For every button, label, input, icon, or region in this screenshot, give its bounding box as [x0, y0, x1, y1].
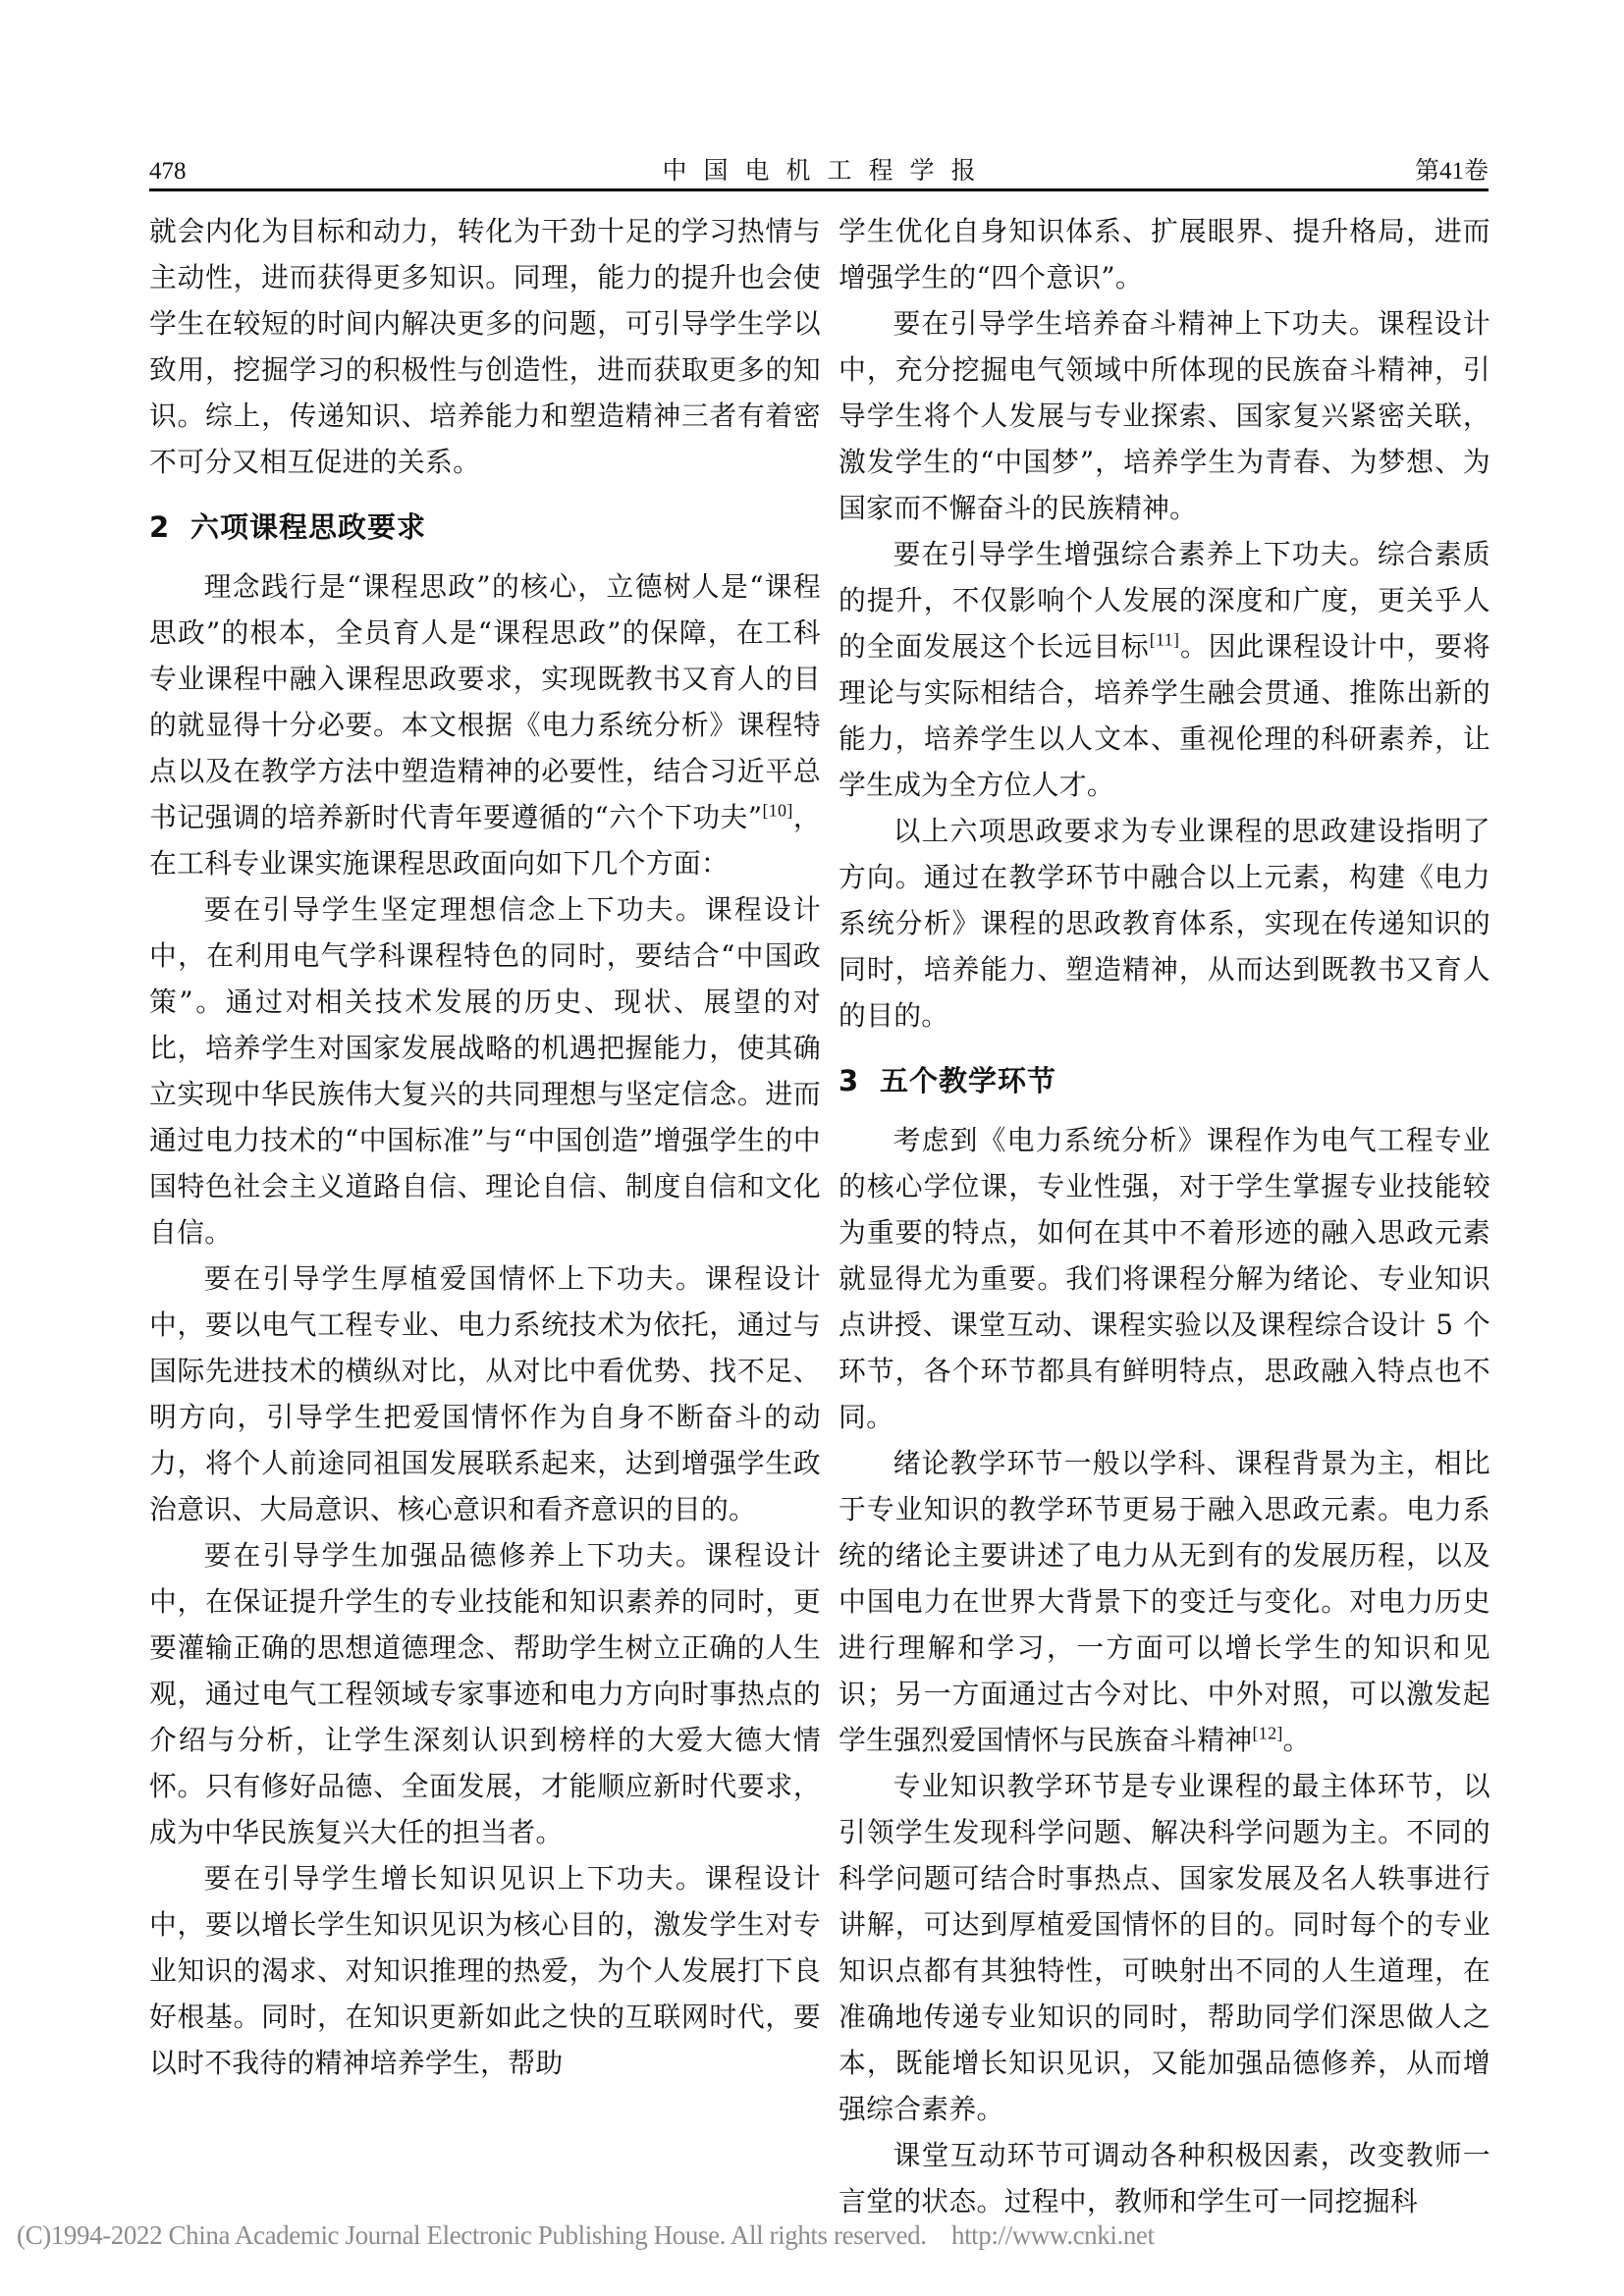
- paragraph: 要在引导学生坚定理想信念上下功夫。课程设计中，在利用电气学科课程特色的同时，要结…: [149, 886, 821, 1255]
- copyright-footer: (C)1994-2022 China Academic Journal Elec…: [17, 2220, 1155, 2251]
- paragraph: 考虑到《电力系统分析》课程作为电气工程专业的核心学位课，专业性强，对于学生掌握专…: [839, 1117, 1490, 1440]
- citation-ref[interactable]: [12]: [1252, 1724, 1282, 1743]
- paragraph-text: 理念践行是“课程思政”的核心，立德树人是“课程思政”的根本，全员育人是“课程思政…: [149, 570, 821, 833]
- section-heading-3: 3五个教学环节: [839, 1056, 1490, 1105]
- paragraph-continued: 就会内化为目标和动力，转化为干劲十足的学习热情与主动性，进而获得更多知识。同理，…: [149, 208, 821, 485]
- paragraph: 绪论教学环节一般以学科、课程背景为主，相比于专业知识的教学环节更易于融入思政元素…: [839, 1440, 1490, 1763]
- paragraph: 专业知识教学环节是专业课程的最主体环节，以引领学生发现科学问题、解决科学问题为主…: [839, 1763, 1490, 2132]
- section-number: 2: [149, 503, 190, 552]
- header-rule: [149, 188, 1489, 191]
- paragraph: 要在引导学生厚植爱国情怀上下功夫。课程设计中，要以电气工程专业、电力系统技术为依…: [149, 1255, 821, 1532]
- section-number: 3: [839, 1056, 880, 1105]
- journal-name: 中国电机工程学报: [149, 157, 1489, 187]
- copyright-text: (C)1994-2022 China Academic Journal Elec…: [17, 2220, 927, 2250]
- citation-ref[interactable]: [11]: [1150, 630, 1180, 650]
- right-column: 学生优化自身知识体系、扩展眼界、提升格局，进而增强学生的“四个意识”。 要在引导…: [839, 208, 1490, 2224]
- left-column: 就会内化为目标和动力，转化为干劲十足的学习热情与主动性，进而获得更多知识。同理，…: [149, 208, 821, 2086]
- paragraph: 要在引导学生增长知识见识上下功夫。课程设计中，要以增长学生知识见识为核心目的，激…: [149, 1855, 821, 2086]
- paragraph: 要在引导学生培养奋斗精神上下功夫。课程设计中，充分挖掘电气领域中所体现的民族奋斗…: [839, 300, 1490, 531]
- citation-ref[interactable]: [10]: [762, 801, 792, 821]
- running-header: 478 中国电机工程学报 第41卷: [149, 157, 1489, 187]
- volume-label: 第41卷: [1415, 157, 1489, 187]
- paragraph: 课堂互动环节可调动各种积极因素，改变教师一言堂的状态。过程中，教师和学生可一同挖…: [839, 2132, 1490, 2224]
- paragraph: 以上六项思政要求为专业课程的思政建设指明了方向。通过在教学环节中融合以上元素，构…: [839, 808, 1490, 1039]
- section-title: 六项课程思政要求: [190, 510, 426, 544]
- paragraph: 理念践行是“课程思政”的核心，立德树人是“课程思政”的根本，全员育人是“课程思政…: [149, 563, 821, 886]
- paragraph-text: 绪论教学环节一般以学科、课程背景为主，相比于专业知识的教学环节更易于融入思政元素…: [839, 1447, 1490, 1756]
- paragraph: 要在引导学生增强综合素养上下功夫。综合素质的提升，不仅影响个人发展的深度和广度，…: [839, 531, 1490, 808]
- section-title: 五个教学环节: [880, 1064, 1056, 1097]
- paragraph-continued: 学生优化自身知识体系、扩展眼界、提升格局，进而增强学生的“四个意识”。: [839, 208, 1490, 300]
- paragraph: 要在引导学生加强品德修养上下功夫。课程设计中，在保证提升学生的专业技能和知识素养…: [149, 1532, 821, 1855]
- section-heading-2: 2六项课程思政要求: [149, 503, 821, 552]
- footer-url-link[interactable]: http://www.cnki.net: [951, 2220, 1155, 2250]
- paragraph-text: 。: [1283, 1724, 1311, 1756]
